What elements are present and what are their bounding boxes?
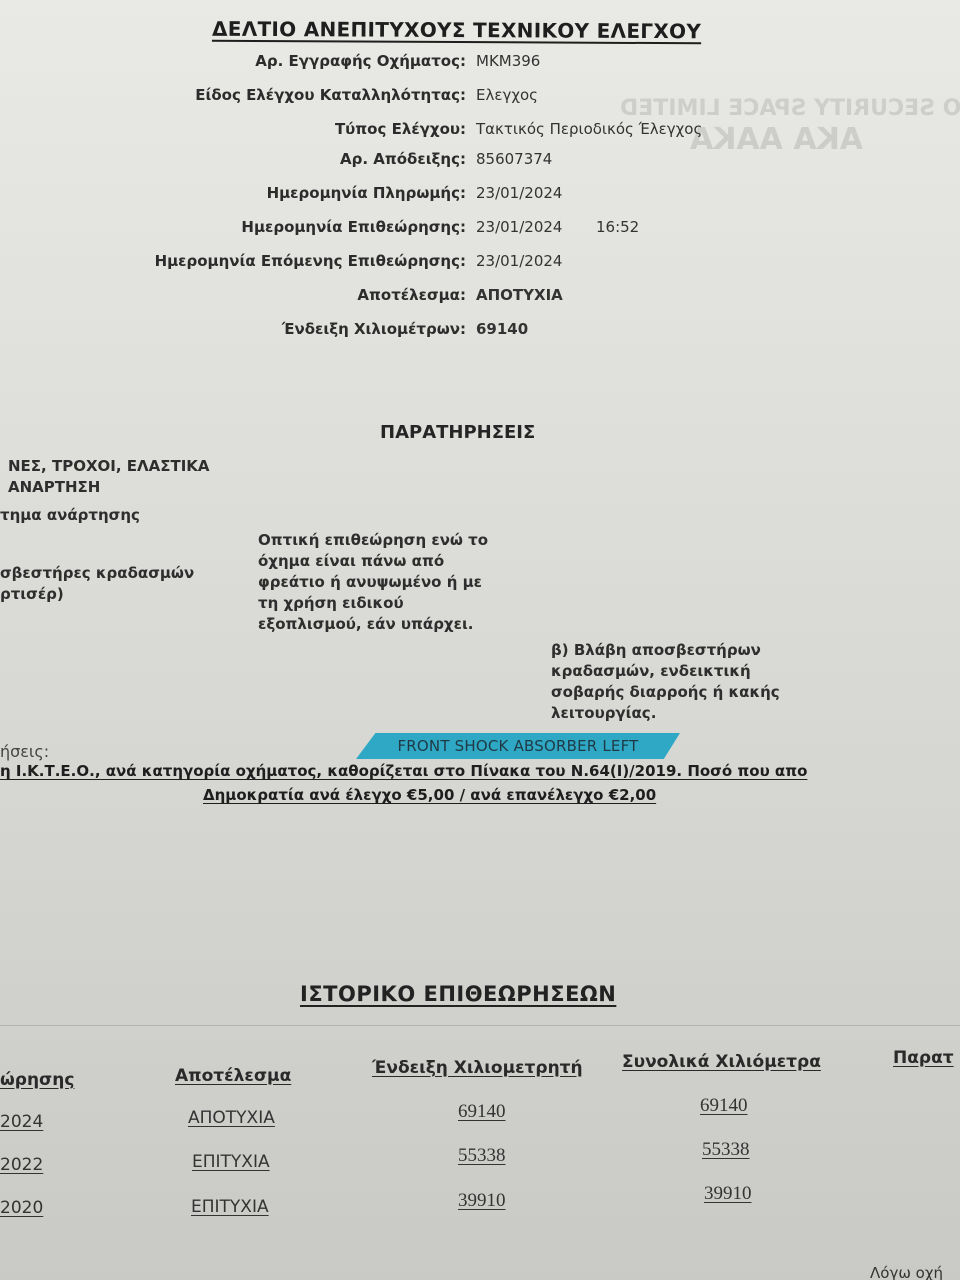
field-label: Αρ. Απόδειξης: [340,150,466,168]
method-line: όχημα είναι πάνω από [258,551,488,572]
item-line: ρτισέρ) [0,584,194,605]
field-next-inspection: Ημερομηνία Επόμενης Επιθεώρησης: 23/01/2… [0,252,960,276]
field-label: Ημερομηνία Επιθεώρησης: [241,218,466,236]
field-label: Είδος Ελέγχου Καταλληλότητας: [195,86,466,104]
field-label: Αποτέλεσμα: [357,286,466,304]
field-value: 23/01/2024 [476,184,562,202]
odometer-value: 69140 [476,320,528,338]
col-header-result: Αποτέλεσμα [175,1066,291,1086]
field-label: Ημερομηνία Επόμενης Επιθεώρησης: [155,252,466,270]
fee-notice-line: Δημοκρατία ανά έλεγχο €5,00 / ανά επανέλ… [203,786,656,804]
field-inspection-date: Ημερομηνία Επιθεώρησης: 23/01/2024 16:52 [0,218,960,242]
highlighted-note: FRONT SHOCK ABSORBER LEFT [356,733,680,759]
document-title: ΔΕΛΤΙΟ ΑΝΕΠΙΤΥΧΟΥΣ ΤΕΧΝΙΚΟΥ ΕΛΕΓΧΟΥ [212,17,701,44]
item-line: σβεστήρες κραδασμών [0,563,194,584]
history-cell-result: ΑΠΟΤΥΧΙΑ [188,1108,275,1128]
footer-fragment: Λόγω οχή [870,1264,943,1280]
defect-line: σοβαρής διαρροής ή κακής [551,682,780,703]
field-value: MKM396 [476,52,540,70]
method-line: φρεάτιο ή ανυψωμένο ή με [258,572,488,593]
field-receipt: Αρ. Απόδειξης: 85607374 [0,150,960,174]
remarks-item: σβεστήρες κραδασμών ρτισέρ) [0,563,194,605]
result-value: ΑΠΟΤΥΧΙΑ [476,286,563,304]
field-label: Ένδειξη Χιλιομέτρων: [282,320,466,338]
field-label: Ημερομηνία Πληρωμής: [267,184,466,202]
col-header-date: ώρησης [0,1070,74,1090]
category-line: ΑΝΑΡΤΗΣΗ [0,477,210,498]
method-line: εξοπλισμού, εάν υπάρχει. [258,614,488,635]
history-cell-result: ΕΠΙΤΥΧΙΑ [192,1152,270,1172]
field-registration: Αρ. Εγγραφής Οχήματος: MKM396 [0,52,960,76]
defect-line: β) Βλάβη αποσβεστήρων [551,640,780,661]
field-value: 23/01/2024 [476,218,562,236]
history-cell-odometer: 55338 [458,1145,506,1167]
history-cell-date: 2020 [0,1198,43,1218]
field-odometer: Ένδειξη Χιλιομέτρων: 69140 [0,320,960,344]
inspection-method: Οπτική επιθεώρηση ενώ το όχημα είναι πάν… [258,530,488,635]
field-check-type: Τύπος Ελέγχου: Τακτικός Περιοδικός Έλεγχ… [0,120,960,144]
history-cell-odometer: 39910 [458,1190,506,1212]
col-header-total-km: Συνολικά Χιλιόμετρα [622,1052,821,1072]
history-cell-total-km: 55338 [702,1139,750,1161]
other-remarks-label: ήσεις: [0,742,49,761]
defect-description: β) Βλάβη αποσβεστήρων κραδασμών, ενδεικτ… [551,640,780,724]
field-value: Τακτικός Περιοδικός Έλεγχος [476,120,702,138]
defect-line: λειτουργίας. [551,703,780,724]
history-title: ΙΣΤΟΡΙΚΟ ΕΠΙΘΕΩΡΗΣΕΩΝ [300,982,616,1006]
field-value: Ελεγχος [476,86,538,104]
history-cell-date: 2022 [0,1155,43,1175]
defect-line: κραδασμών, ενδεικτική [551,661,780,682]
col-header-odometer: Ένδειξη Χιλιομετρητή [372,1058,583,1078]
divider [0,1025,960,1026]
field-value: 23/01/2024 [476,252,562,270]
field-value: 85607374 [476,150,552,168]
field-payment-date: Ημερομηνία Πληρωμής: 23/01/2024 [0,184,960,208]
method-line: Οπτική επιθεώρηση ενώ το [258,530,488,551]
col-header-remarks: Παρατ [893,1048,954,1068]
remarks-subcategory: τημα ανάρτησης [0,505,140,526]
history-cell-odometer: 69140 [458,1101,506,1123]
history-cell-result: ΕΠΙΤΥΧΙΑ [191,1197,269,1217]
field-label: Τύπος Ελέγχου: [335,120,466,138]
category-line: ΝΕΣ, ΤΡΟΧΟΙ, ΕΛΑΣΤΙΚΑ [0,456,210,477]
field-check-kind: Είδος Ελέγχου Καταλληλότητας: Ελεγχος [0,86,960,110]
remarks-category: ΝΕΣ, ΤΡΟΧΟΙ, ΕΛΑΣΤΙΚΑ ΑΝΑΡΤΗΣΗ [0,456,210,498]
history-cell-total-km: 69140 [700,1095,748,1117]
history-cell-date: 2024 [0,1112,43,1132]
history-cell-total-km: 39910 [704,1183,752,1205]
field-result: Αποτέλεσμα: ΑΠΟΤΥΧΙΑ [0,286,960,310]
field-time: 16:52 [596,218,639,236]
field-label: Αρ. Εγγραφής Οχήματος: [255,52,466,70]
fee-notice-line: η Ι.Κ.Τ.Ε.Ο., ανά κατηγορία οχήματος, κα… [0,762,807,780]
method-line: τη χρήση ειδικού [258,593,488,614]
remarks-heading: ΠΑΡΑΤΗΡΗΣΕΙΣ [380,422,535,443]
